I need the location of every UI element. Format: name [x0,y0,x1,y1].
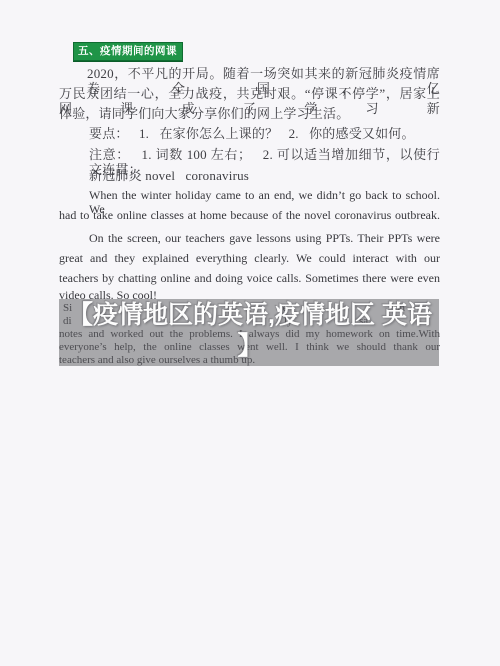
watermark-title-line-2: 】 [0,331,500,362]
prompt-line-3: 体验，请同学们向大家分享你们的网上学习生活。 [59,106,440,121]
watermark-title-line-1: 【疫情地区的英语,疫情地区 英语 [0,300,500,331]
section-heading-label: 五、疫情期间的网课 [78,45,177,57]
keypoints-line: 要点： 1. 在家你怎么上课的？ 2. 你的感受又如何。 [59,126,440,141]
section-heading-chip: 五、疫情期间的网课 [73,42,183,61]
watermark-title: 【疫情地区的英语,疫情地区 英语 】 [0,300,500,362]
essay-p2-line-1: On the screen, our teachers gave lessons… [59,231,440,245]
essay-p1-line-2: had to take online classes at home becau… [59,208,440,222]
document-page: 五、疫情期间的网课 2020，不平凡的开局。随着一场突如其来的新冠肺炎疫情席卷全… [0,0,500,666]
essay-p2-line-3: teachers by chatting online and doing vo… [59,271,440,285]
essay-p2-line-2: great and they explained everything clea… [59,251,440,265]
vocab-line: 新冠肺炎 novel coronavirus [59,168,440,183]
